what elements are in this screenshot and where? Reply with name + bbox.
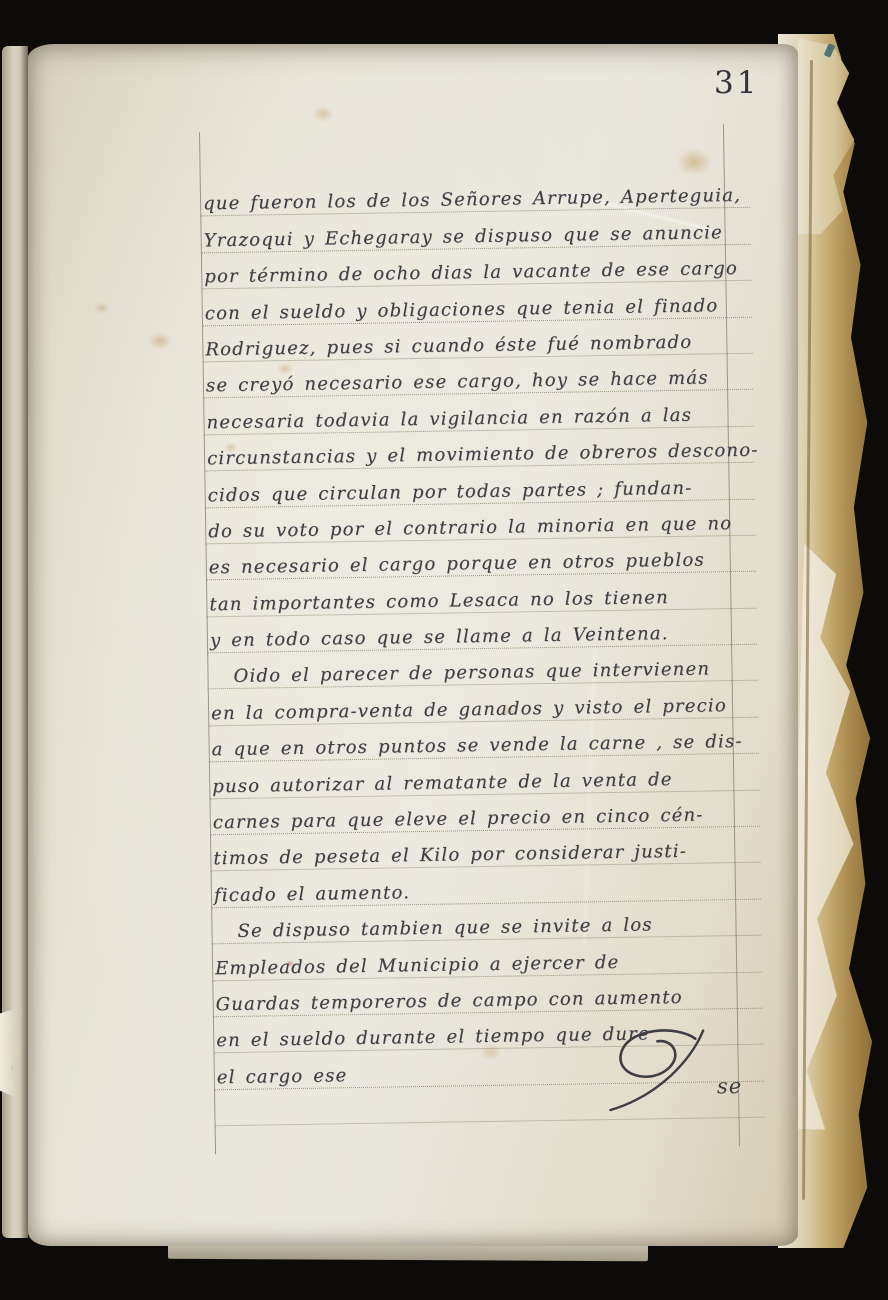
- ink-text: Empleados del Municipio a ejercer de: [215, 954, 620, 978]
- ink-text: ficado el aumento.: [214, 884, 410, 905]
- paper-stain: [148, 332, 172, 350]
- manuscript-page: 31 que fueron los de los Señores Arrupe,…: [28, 44, 798, 1246]
- catchword: se: [717, 1076, 743, 1097]
- manuscript-line-blank: se: [214, 1081, 765, 1126]
- ink-text: Se dispuso tambien que se invite a los: [237, 917, 653, 942]
- flourish-mark: [599, 1028, 742, 1116]
- ruled-writing-area: que fueron los de los Señores Arrupe, Ap…: [199, 124, 768, 1157]
- paper-stain: [94, 302, 110, 314]
- torn-page-corner: [798, 38, 862, 234]
- manuscript-text-block: que fueron los de los Señores Arrupe, Ap…: [200, 172, 765, 1127]
- ink-text: el cargo ese: [217, 1067, 348, 1087]
- paper-stain: [312, 106, 334, 122]
- page-number: 31: [714, 68, 759, 99]
